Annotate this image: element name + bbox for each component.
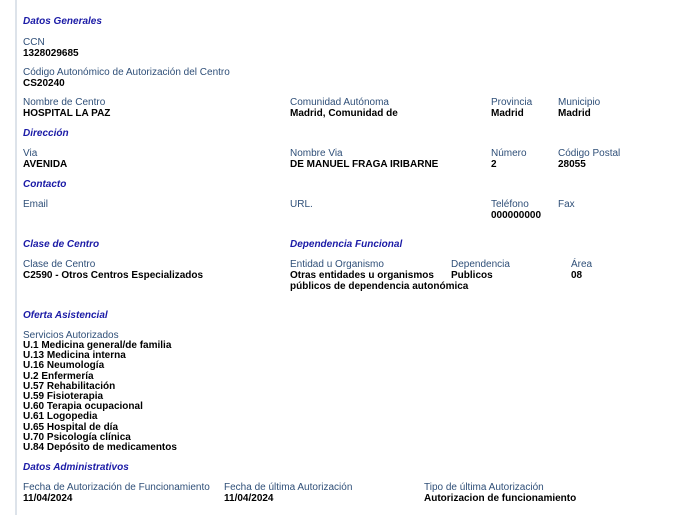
field-provincia: Provincia Madrid: [491, 97, 532, 119]
field-ccn: CCN 1328029685: [23, 37, 79, 59]
value-dependencia: Publicos: [451, 270, 510, 281]
label-email: Email: [23, 199, 48, 210]
field-via: Via AVENIDA: [23, 148, 67, 170]
field-municipio: Municipio Madrid: [558, 97, 600, 119]
servicios-list: U.1 Medicina general/de familia U.13 Med…: [23, 341, 177, 453]
label-dependencia: Dependencia: [451, 259, 510, 270]
label-provincia: Provincia: [491, 97, 532, 108]
field-fax: Fax: [558, 199, 575, 210]
field-clase-centro: Clase de Centro C2590 - Otros Centros Es…: [23, 259, 203, 281]
list-item: U.84 Depósito de medicamentos: [23, 443, 177, 453]
section-title-oferta-asistencial: Oferta Asistencial: [23, 310, 108, 321]
field-nombre-via: Nombre Via DE MANUEL FRAGA IRIBARNE: [290, 148, 438, 170]
label-nombre-centro: Nombre de Centro: [23, 97, 110, 108]
section-title-datos-generales: Datos Generales: [23, 16, 102, 27]
field-dependencia: Dependencia Publicos: [451, 259, 510, 281]
centro-detail-panel: Datos Generales CCN 1328029685 Código Au…: [0, 0, 690, 515]
label-telefono: Teléfono: [491, 199, 541, 210]
field-comunidad: Comunidad Autónoma Madrid, Comunidad de: [290, 97, 398, 119]
section-title-clase-centro: Clase de Centro: [23, 239, 99, 250]
value-entidad-line2: públicos de dependencia autonómica: [290, 281, 468, 292]
value-comunidad: Madrid, Comunidad de: [290, 108, 398, 119]
value-area: 08: [571, 270, 592, 281]
value-entidad-line1: Otras entidades u organismos: [290, 270, 468, 281]
value-ccn: 1328029685: [23, 48, 79, 59]
label-fax: Fax: [558, 199, 575, 210]
value-numero: 2: [491, 159, 527, 170]
field-codigo-postal: Código Postal 28055: [558, 148, 620, 170]
field-url: URL.: [290, 199, 313, 210]
value-fecha-ultima: 11/04/2024: [224, 493, 352, 504]
value-nombre-via: DE MANUEL FRAGA IRIBARNE: [290, 159, 438, 170]
label-tipo-ultima: Tipo de última Autorización: [424, 482, 576, 493]
value-tipo-ultima: Autorizacion de funcionamiento: [424, 493, 576, 504]
value-via: AVENIDA: [23, 159, 67, 170]
section-title-contacto: Contacto: [23, 179, 66, 190]
label-url: URL.: [290, 199, 313, 210]
field-tipo-ultima: Tipo de última Autorización Autorizacion…: [424, 482, 576, 504]
label-fecha-ultima: Fecha de última Autorización: [224, 482, 352, 493]
label-ccn: CCN: [23, 37, 79, 48]
field-telefono: Teléfono 000000000: [491, 199, 541, 221]
label-nombre-via: Nombre Via: [290, 148, 438, 159]
label-codigo-postal: Código Postal: [558, 148, 620, 159]
section-title-datos-administrativos: Datos Administrativos: [23, 462, 129, 473]
label-area: Área: [571, 259, 592, 270]
label-entidad: Entidad u Organismo: [290, 259, 468, 270]
value-municipio: Madrid: [558, 108, 600, 119]
label-via: Via: [23, 148, 67, 159]
value-nombre-centro: HOSPITAL LA PAZ: [23, 108, 110, 119]
field-email: Email: [23, 199, 48, 210]
label-municipio: Municipio: [558, 97, 600, 108]
value-telefono: 000000000: [491, 210, 541, 221]
value-clase-centro: C2590 - Otros Centros Especializados: [23, 270, 203, 281]
section-title-direccion: Dirección: [23, 128, 69, 139]
field-nombre-centro: Nombre de Centro HOSPITAL LA PAZ: [23, 97, 110, 119]
left-rule: [15, 0, 17, 515]
label-numero: Número: [491, 148, 527, 159]
section-title-dependencia-funcional: Dependencia Funcional: [290, 239, 402, 250]
field-entidad: Entidad u Organismo Otras entidades u or…: [290, 259, 468, 292]
value-codigo-autonomico: CS20240: [23, 78, 230, 89]
field-codigo-autonomico: Código Autonómico de Autorización del Ce…: [23, 67, 230, 89]
label-codigo-autonomico: Código Autonómico de Autorización del Ce…: [23, 67, 230, 78]
value-provincia: Madrid: [491, 108, 532, 119]
label-comunidad: Comunidad Autónoma: [290, 97, 398, 108]
value-codigo-postal: 28055: [558, 159, 620, 170]
field-fecha-ultima: Fecha de última Autorización 11/04/2024: [224, 482, 352, 504]
field-area: Área 08: [571, 259, 592, 281]
label-fecha-funcionamiento: Fecha de Autorización de Funcionamiento: [23, 482, 210, 493]
value-fecha-funcionamiento: 11/04/2024: [23, 493, 210, 504]
field-numero: Número 2: [491, 148, 527, 170]
label-clase-centro: Clase de Centro: [23, 259, 203, 270]
field-fecha-funcionamiento: Fecha de Autorización de Funcionamiento …: [23, 482, 210, 504]
